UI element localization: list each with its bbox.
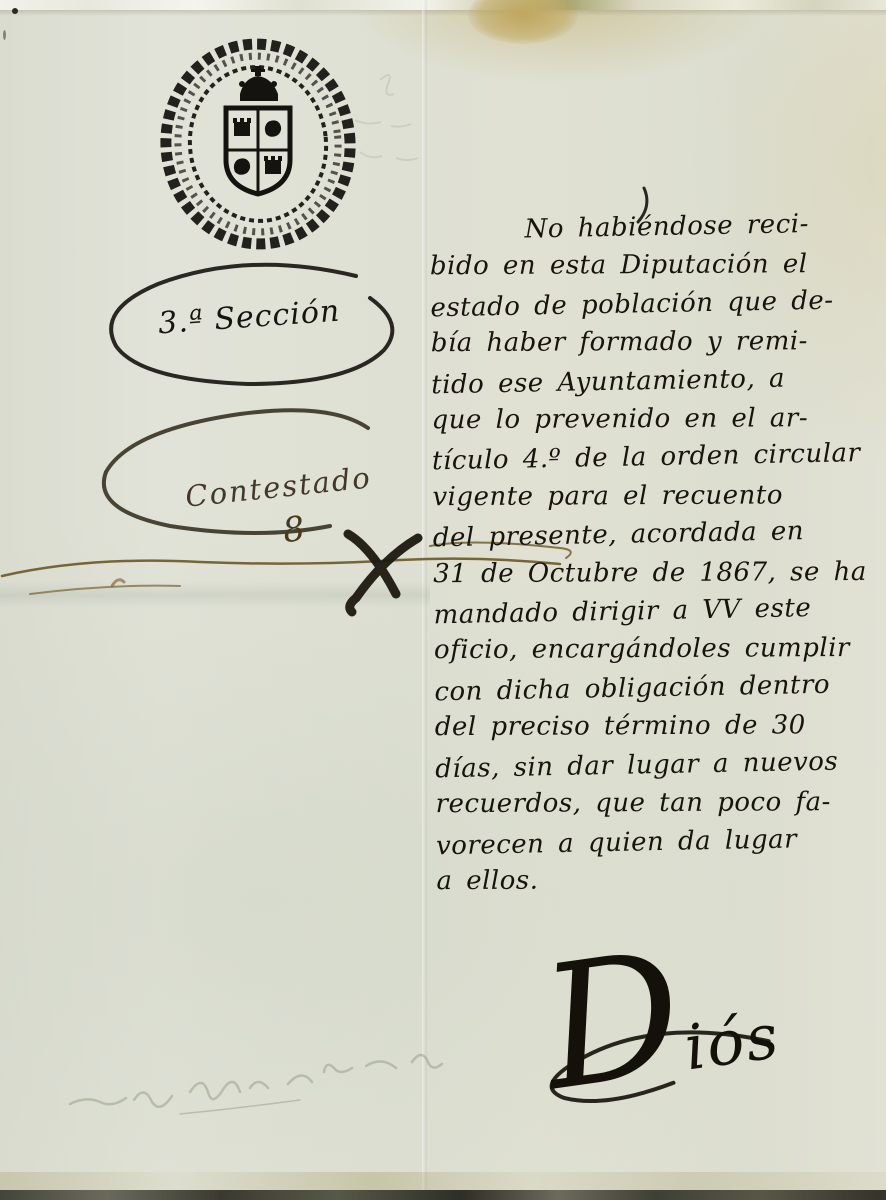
- bleedthrough-writing: [340, 60, 480, 190]
- handwritten-line: estado de población que de-: [430, 280, 884, 327]
- handwritten-line: tículo 4.º de la orden circular: [432, 434, 886, 481]
- handwritten-line: con dicha obligación dentro: [434, 665, 886, 712]
- handwritten-line: oficio, encargándoles cumplir: [434, 629, 886, 670]
- handwritten-line: vigente para el recuento: [432, 476, 885, 517]
- handwritten-line: mandado dirigir a VV este: [433, 588, 886, 635]
- crowned-coat-of-arms-oval-stamp-icon: [156, 36, 360, 252]
- quartered-shield-glyph: [226, 108, 290, 194]
- handwritten-line: 31 de Octubre de 1867, se ha: [433, 552, 886, 593]
- ink-hook-stroke: [600, 186, 660, 226]
- letter-body: No habiéndose reci-bido en esta Diputaci…: [429, 206, 886, 902]
- handwritten-line: días, sin dar lugar a nuevos: [435, 741, 886, 788]
- paper-speck: [12, 8, 18, 14]
- ink-stain-top: [468, 0, 578, 44]
- scan-bottom-border: [0, 1190, 886, 1200]
- manuscript-letter-scan: 3.ª Sección Contestado 8 No habiéndose r…: [0, 0, 886, 1200]
- paper-speck: [3, 30, 6, 40]
- handwritten-line: del presente, acordada en: [432, 511, 886, 558]
- bleedthrough-writing-bottom: [60, 1040, 480, 1130]
- handwritten-line: que lo prevenido en el ar-: [431, 399, 884, 440]
- handwritten-line: vorecen a quien da lugar: [436, 818, 886, 865]
- paper-top-edge-shadow: [0, 10, 886, 16]
- handwritten-line: bido en esta Diputación el: [430, 245, 883, 286]
- official-seal: [156, 36, 360, 252]
- paper-top-edge: [0, 0, 886, 10]
- paper-bottom-smudge: [0, 1172, 886, 1190]
- handwritten-line: a ellos.: [436, 860, 886, 901]
- closing-word: Diós: [533, 891, 886, 1184]
- handwritten-line: recuerdos, que tan poco fa-: [436, 783, 886, 824]
- section-annotation: 3.ª Sección: [88, 258, 418, 398]
- handwritten-line: tido ese Ayuntamiento, a: [431, 357, 885, 404]
- handwritten-line: del preciso término de 30: [435, 706, 886, 747]
- handwritten-line: bía haber formado y remi-: [431, 322, 884, 363]
